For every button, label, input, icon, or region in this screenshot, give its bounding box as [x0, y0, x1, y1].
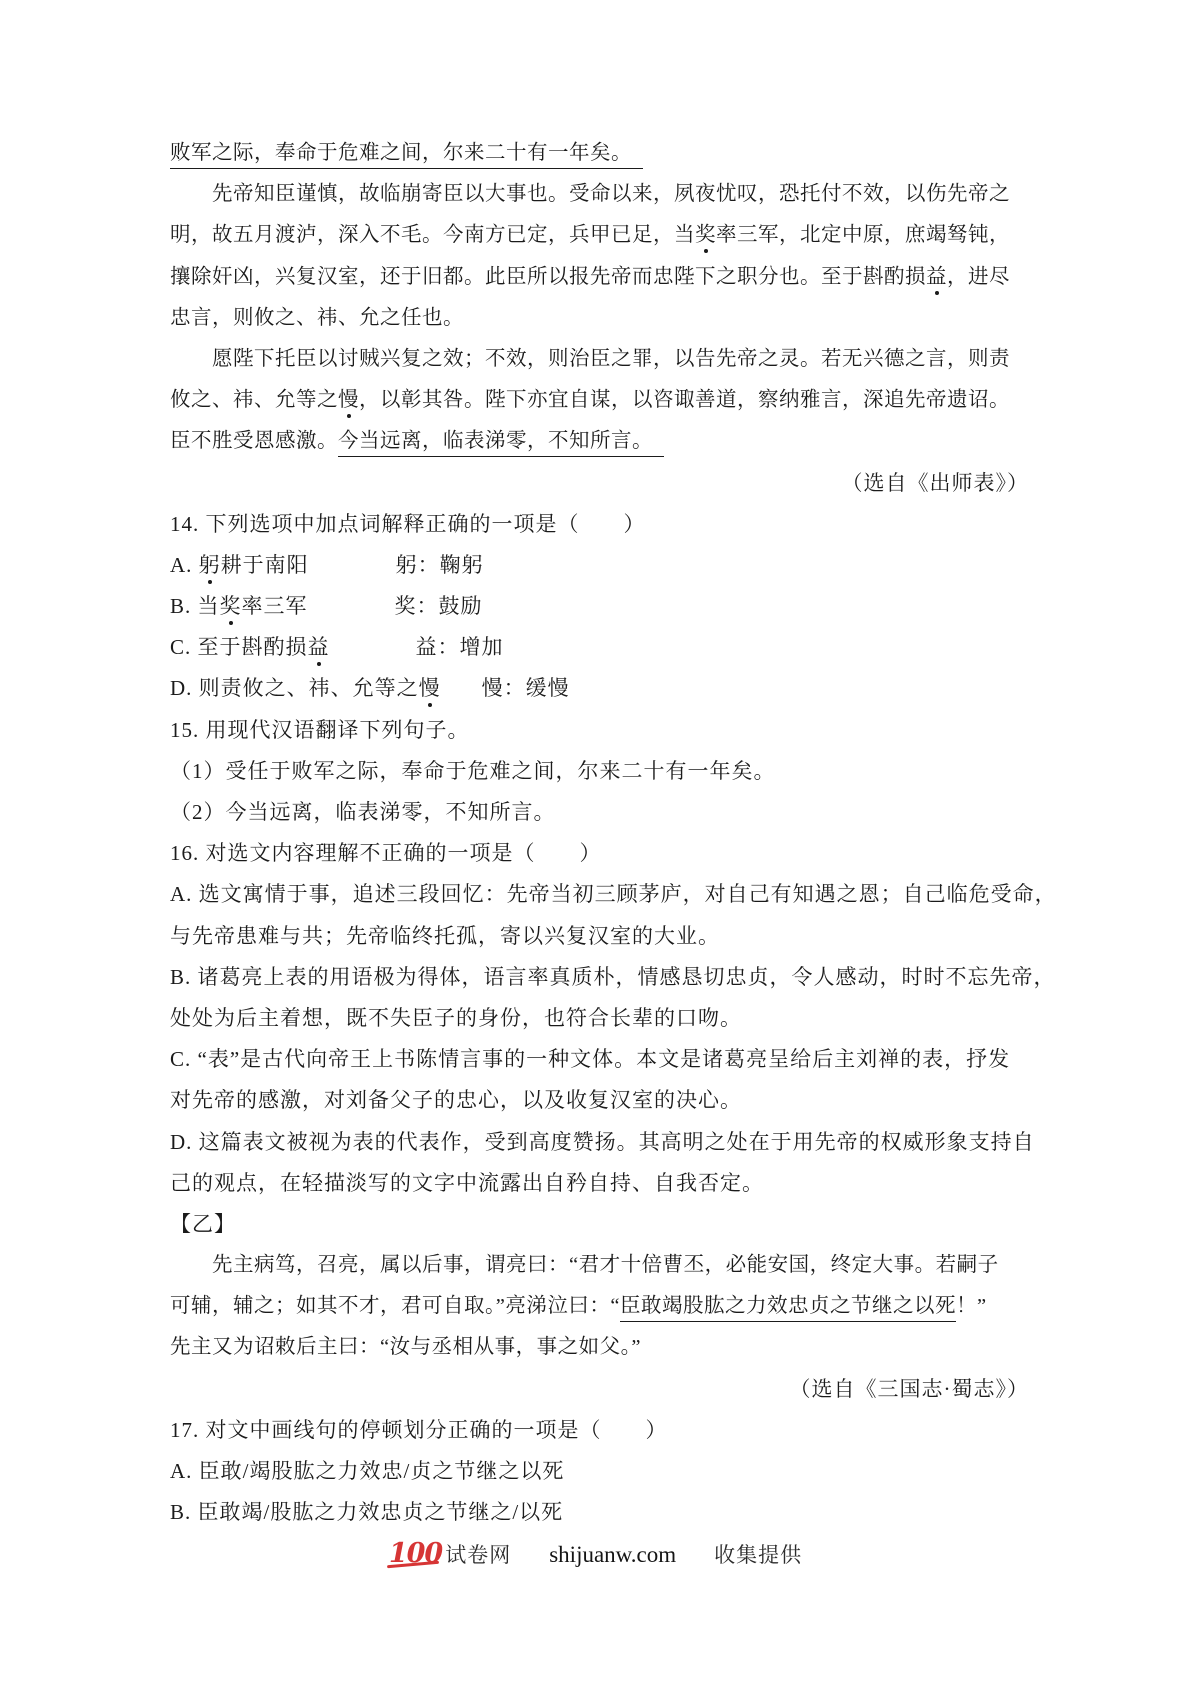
site-logo: 100 试卷网 [389, 1538, 511, 1569]
text-segment: 己的观点，在轻描淡写的文字中流露出自矜自持、自我否定。 [170, 1171, 764, 1195]
text-segment: B. 诸葛亮上表的用语极为得体，语言率真质朴，情感恳切忠贞，令人感动，时时不忘先… [170, 965, 1056, 989]
text-segment: 益：增加 [416, 635, 504, 659]
sub-question: （1）受任于败军之际，奉命于危难之间，尔来二十有一年矣。 [170, 756, 1029, 797]
option-line: D. 则责攸之、祎、允等之慢慢：缓慢 [170, 673, 1029, 714]
source-attribution: （选自《三国志·蜀志》） [170, 1374, 1029, 1415]
underlined-text: 臣敢竭股肱之力效忠贞之节继之以死 [620, 1295, 956, 1322]
question-stem: 15. 用现代汉语翻译下列句子。 [170, 715, 1029, 756]
dotted-char: 奖 [695, 224, 716, 246]
underlined-text: 败军之际，奉命于危难之间，尔来二十有一年矣。 [170, 142, 643, 169]
option-line: A. 臣敢/竭股肱之力效忠/贞之节继之以死 [170, 1456, 1029, 1497]
text-segment: 率三军，北定中原，庶竭驽钝， [716, 224, 1010, 246]
underlined-text: 今当远离，临表涕零，不知所言。 [338, 430, 664, 457]
dotted-char: 慢 [419, 676, 441, 700]
page-footer: 100 试卷网 shijuanw.com 收集提供 [0, 1538, 1191, 1569]
passage-line: 臣不胜受恩感激。今当远离，临表涕零，不知所言。 [170, 426, 1029, 467]
text-segment: 躬：鞠躬 [396, 553, 484, 577]
option-line: B. 诸葛亮上表的用语极为得体，语言率真质朴，情感恳切忠贞，令人感动，时时不忘先… [170, 962, 1029, 1003]
text-segment: 【乙】 [170, 1212, 236, 1236]
passage-line: 攸之、祎、允等之慢，以彰其咎。陛下亦宜自谋，以咨诹善道，察纳雅言，深追先帝遗诏。 [170, 385, 1029, 426]
passage-line: 明，故五月渡泸，深入不毛。今南方已定，兵甲已足，当奖率三军，北定中原，庶竭驽钝， [170, 220, 1029, 261]
footer-credit: 收集提供 [714, 1539, 802, 1569]
text-segment: （选自《三国志·蜀志》） [790, 1377, 1030, 1401]
text-segment: （1）受任于败军之际，奉命于危难之间，尔来二十有一年矣。 [170, 759, 776, 783]
dotted-char: 益 [926, 266, 947, 288]
text-segment: B. 臣敢竭/股肱之力效忠贞之节继之/以死 [170, 1500, 563, 1524]
text-segment: 15. 用现代汉语翻译下列句子。 [170, 718, 470, 742]
text-segment: ，进尽 [947, 266, 1010, 288]
dotted-char: 慢 [338, 389, 359, 411]
passage-line: 愿陛下托臣以讨贼兴复之效；不效，则治臣之罪，以告先帝之灵。若无兴德之言，则责 [170, 344, 1029, 385]
text-segment: D. 则责攸之、祎、允等之 [170, 676, 419, 700]
text-segment: 忠言，则攸之、祎、允之任也。 [170, 307, 464, 329]
option-line: B. 当奖率三军奖：鼓励 [170, 591, 1029, 632]
option-line: A. 选文寓情于事，追述三段回忆：先帝当初三顾茅庐，对自己有知遇之恩；自己临危受… [170, 879, 1029, 920]
source-attribution: （选自《出师表》） [170, 468, 1029, 509]
passage-line: 先帝知臣谨慎，故临崩寄臣以大事也。受命以来，夙夜忧叹，恐托付不效，以伤先帝之 [170, 179, 1029, 220]
option-line: C. 至于斟酌损益益：增加 [170, 632, 1029, 673]
option-line: C. “表”是古代向帝王上书陈情言事的一种文体。本文是诸葛亮呈给后主刘禅的表，抒… [170, 1044, 1029, 1085]
option-line: 处处为后主着想，既不失臣子的身份，也符合长辈的口吻。 [170, 1003, 1029, 1044]
text-segment: （选自《出师表》） [842, 471, 1030, 495]
text-segment: A. 臣敢/竭股肱之力效忠/贞之节继之以死 [170, 1459, 564, 1483]
document-lines: 败军之际，奉命于危难之间，尔来二十有一年矣。 先帝知臣谨慎，故临崩寄臣以大事也。… [170, 138, 1029, 1538]
question-stem: 16. 对选文内容理解不正确的一项是（ ） [170, 838, 1029, 879]
option-line: 己的观点，在轻描淡写的文字中流露出自矜自持、自我否定。 [170, 1168, 1029, 1209]
text-segment: 愿陛下托臣以讨贼兴复之效；不效，则治臣之罪，以告先帝之灵。若无兴德之言，则责 [170, 348, 1010, 370]
text-segment: C. “表”是古代向帝王上书陈情言事的一种文体。本文是诸葛亮呈给后主刘禅的表，抒… [170, 1047, 1010, 1071]
passage-line: 先主病笃，召亮，属以后事，谓亮曰：“君才十倍曹丕，必能安国，终定大事。若嗣子 [170, 1250, 1029, 1291]
logo-site-name: 试卷网 [445, 1539, 511, 1569]
question-stem: 14. 下列选项中加点词解释正确的一项是（ ） [170, 509, 1029, 550]
text-segment: 先帝知臣谨慎，故临崩寄臣以大事也。受命以来，夙夜忧叹，恐托付不效，以伤先帝之 [170, 183, 1010, 205]
text-segment: D. 这篇表文被视为表的代表作，受到高度赞扬。其高明之处在于用先帝的权威形象支持… [170, 1130, 1035, 1154]
text-segment: 攘除奸凶，兴复汉室，还于旧都。此臣所以报先帝而忠陛下之职分也。至于斟酌损 [170, 266, 926, 288]
passage-line: 攘除奸凶，兴复汉室，还于旧都。此臣所以报先帝而忠陛下之职分也。至于斟酌损益，进尽 [170, 262, 1029, 303]
dotted-char: 奖 [220, 594, 242, 618]
question-stem: 17. 对文中画线句的停顿划分正确的一项是（ ） [170, 1415, 1029, 1456]
section-label: 【乙】 [170, 1209, 1029, 1250]
passage-line: 可辅，辅之；如其不才，君可自取。”亮涕泣曰：“臣敢竭股肱之力效忠贞之节继之以死！… [170, 1291, 1029, 1332]
option-line: D. 这篇表文被视为表的代表作，受到高度赞扬。其高明之处在于用先帝的权威形象支持… [170, 1127, 1029, 1168]
option-line: A. 躬耕于南阳躬：鞠躬 [170, 550, 1029, 591]
text-segment: 率三军 [242, 594, 308, 618]
text-segment: 耕于南阳 [221, 553, 309, 577]
text-segment: A. [170, 553, 199, 577]
text-segment: 对先帝的感激，对刘备父子的忠心，以及收复汉室的决心。 [170, 1088, 742, 1112]
sub-question: （2）今当远离，临表涕零，不知所言。 [170, 797, 1029, 838]
text-segment: 可辅，辅之；如其不才，君可自取。”亮涕泣曰：“ [170, 1295, 620, 1317]
text-segment: （2）今当远离，临表涕零，不知所言。 [170, 800, 556, 824]
text-segment: C. 至于斟酌损 [170, 635, 308, 659]
option-line: 对先帝的感激，对刘备父子的忠心，以及收复汉室的决心。 [170, 1085, 1029, 1126]
text-segment: 14. 下列选项中加点词解释正确的一项是（ ） [170, 512, 646, 536]
passage-line: 先主又为诏敕后主曰：“汝与丞相从事，事之如父。” [170, 1332, 1029, 1373]
exam-page: 败军之际，奉命于危难之间，尔来二十有一年矣。 先帝知臣谨慎，故临崩寄臣以大事也。… [0, 0, 1191, 1684]
passage-line: 忠言，则攸之、祎、允之任也。 [170, 303, 1029, 344]
text-segment: 臣不胜受恩感激。 [170, 430, 338, 452]
text-segment: 先主病笃，召亮，属以后事，谓亮曰：“君才十倍曹丕，必能安国，终定大事。若嗣子 [170, 1254, 999, 1276]
text-segment: 处处为后主着想，既不失臣子的身份，也符合长辈的口吻。 [170, 1006, 742, 1030]
text-segment: 16. 对选文内容理解不正确的一项是（ ） [170, 841, 602, 865]
option-line: 与先帝患难与共；先帝临终托孤，寄以兴复汉室的大业。 [170, 921, 1029, 962]
text-segment: 慢：缓慢 [482, 676, 570, 700]
passage-line: 败军之际，奉命于危难之间，尔来二十有一年矣。 [170, 138, 1029, 179]
text-segment: 与先帝患难与共；先帝临终托孤，寄以兴复汉室的大业。 [170, 924, 720, 948]
logo-100-mark: 100 [389, 1538, 442, 1569]
dotted-char: 益 [308, 635, 330, 659]
site-domain: shijuanw.com [549, 1542, 676, 1568]
text-segment: A. 选文寓情于事，追述三段回忆：先帝当初三顾茅庐，对自己有知遇之恩；自己临危受… [170, 882, 1057, 906]
text-segment: 明，故五月渡泸，深入不毛。今南方已定，兵甲已足，当 [170, 224, 695, 246]
text-segment: ！” [956, 1295, 987, 1317]
text-segment: ，以彰其咎。陛下亦宜自谋，以咨诹善道，察纳雅言，深追先帝遗诏。 [359, 389, 1010, 411]
dotted-char: 躬 [199, 553, 221, 577]
text-segment: 先主又为诏敕后主曰：“汝与丞相从事，事之如父。” [170, 1336, 641, 1358]
text-segment: 17. 对文中画线句的停顿划分正确的一项是（ ） [170, 1418, 668, 1442]
text-segment: 攸之、祎、允等之 [170, 389, 338, 411]
text-segment: 奖：鼓励 [395, 594, 483, 618]
option-line: B. 臣敢竭/股肱之力效忠贞之节继之/以死 [170, 1497, 1029, 1538]
text-segment: B. 当 [170, 594, 220, 618]
